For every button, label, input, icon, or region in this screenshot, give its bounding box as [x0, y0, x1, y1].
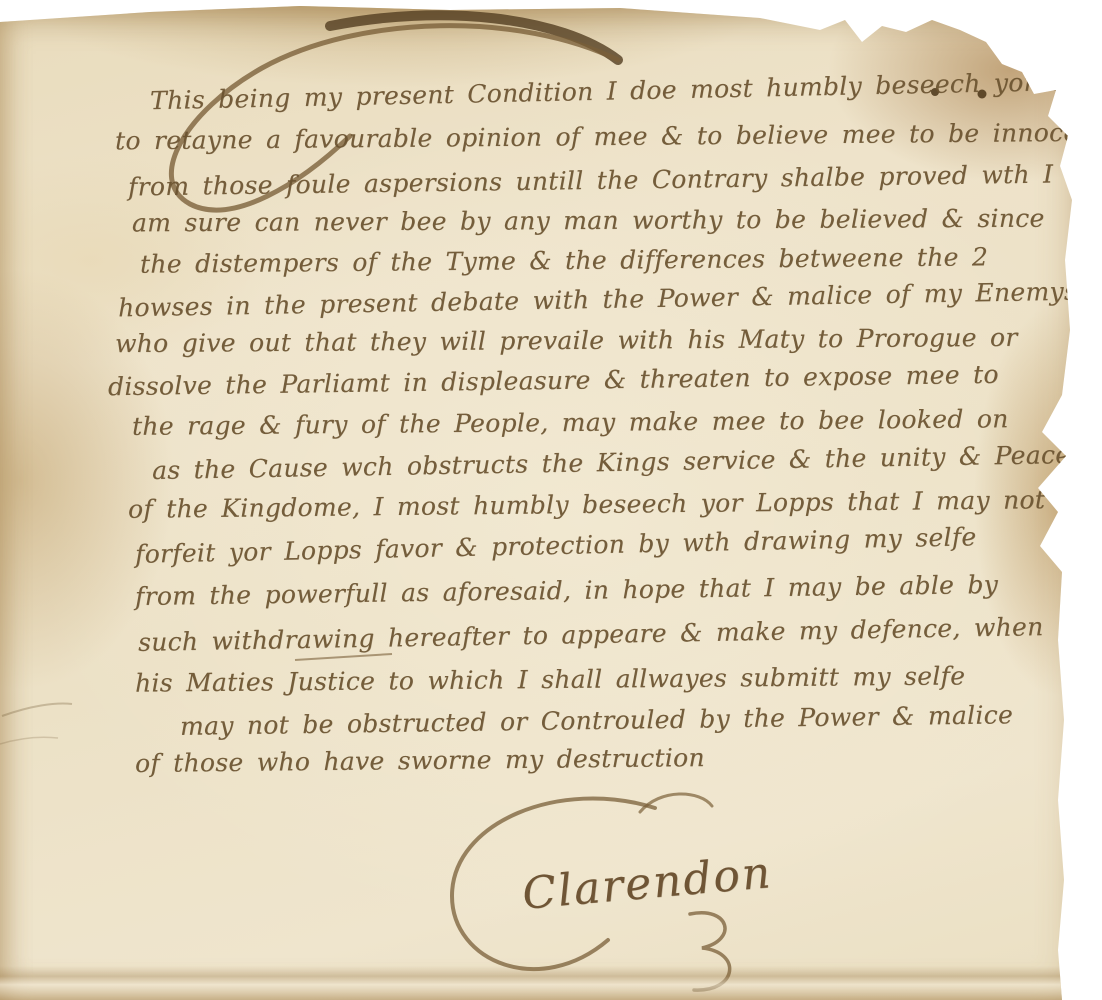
fold-crease: [0, 966, 1064, 1000]
manuscript-line: from the powerfull as aforesaid, in hope…: [135, 572, 998, 609]
photo-background: This being my present Condition I doe mo…: [0, 0, 1102, 1000]
manuscript-line: of the Kingdome, I most humbly beseech y…: [128, 487, 1045, 522]
manuscript-line: howses in the present debate with the Po…: [118, 279, 1077, 321]
manuscript-line: may not be obstructed or Controuled by t…: [180, 702, 1013, 739]
manuscript-line: from those foule aspersions untill the C…: [128, 162, 1054, 200]
manuscript-line: dissolve the Parliamt in displeasure & t…: [108, 362, 999, 399]
manuscript-line: his Maties Justice to which I shall allw…: [135, 663, 965, 695]
manuscript-line: as the Cause wch obstructs the Kings ser…: [152, 442, 1071, 483]
signature-clarendon: Clarendon: [520, 847, 774, 920]
manuscript-line: forfeit yor Lopps favor & protection by …: [135, 524, 977, 567]
manuscript-line: This being my present Condition I doe mo…: [150, 68, 1102, 113]
manuscript-line: am sure can never bee by any man worthy …: [132, 206, 1045, 236]
manuscript-line: to retayne a favourable opinion of mee &…: [115, 120, 1102, 154]
manuscript-line: the rage & fury of the People, may make …: [132, 406, 1009, 439]
manuscript-line: of those who have sworne my destruction: [135, 745, 705, 776]
manuscript-line: who give out that they will prevaile wit…: [115, 325, 1018, 356]
manuscript-line: the distempers of the Tyme & the differe…: [140, 244, 988, 276]
manuscript-line: such withdrawing hereafter to appeare & …: [138, 614, 1044, 655]
manuscript-paper: This being my present Condition I doe mo…: [0, 0, 1102, 1000]
